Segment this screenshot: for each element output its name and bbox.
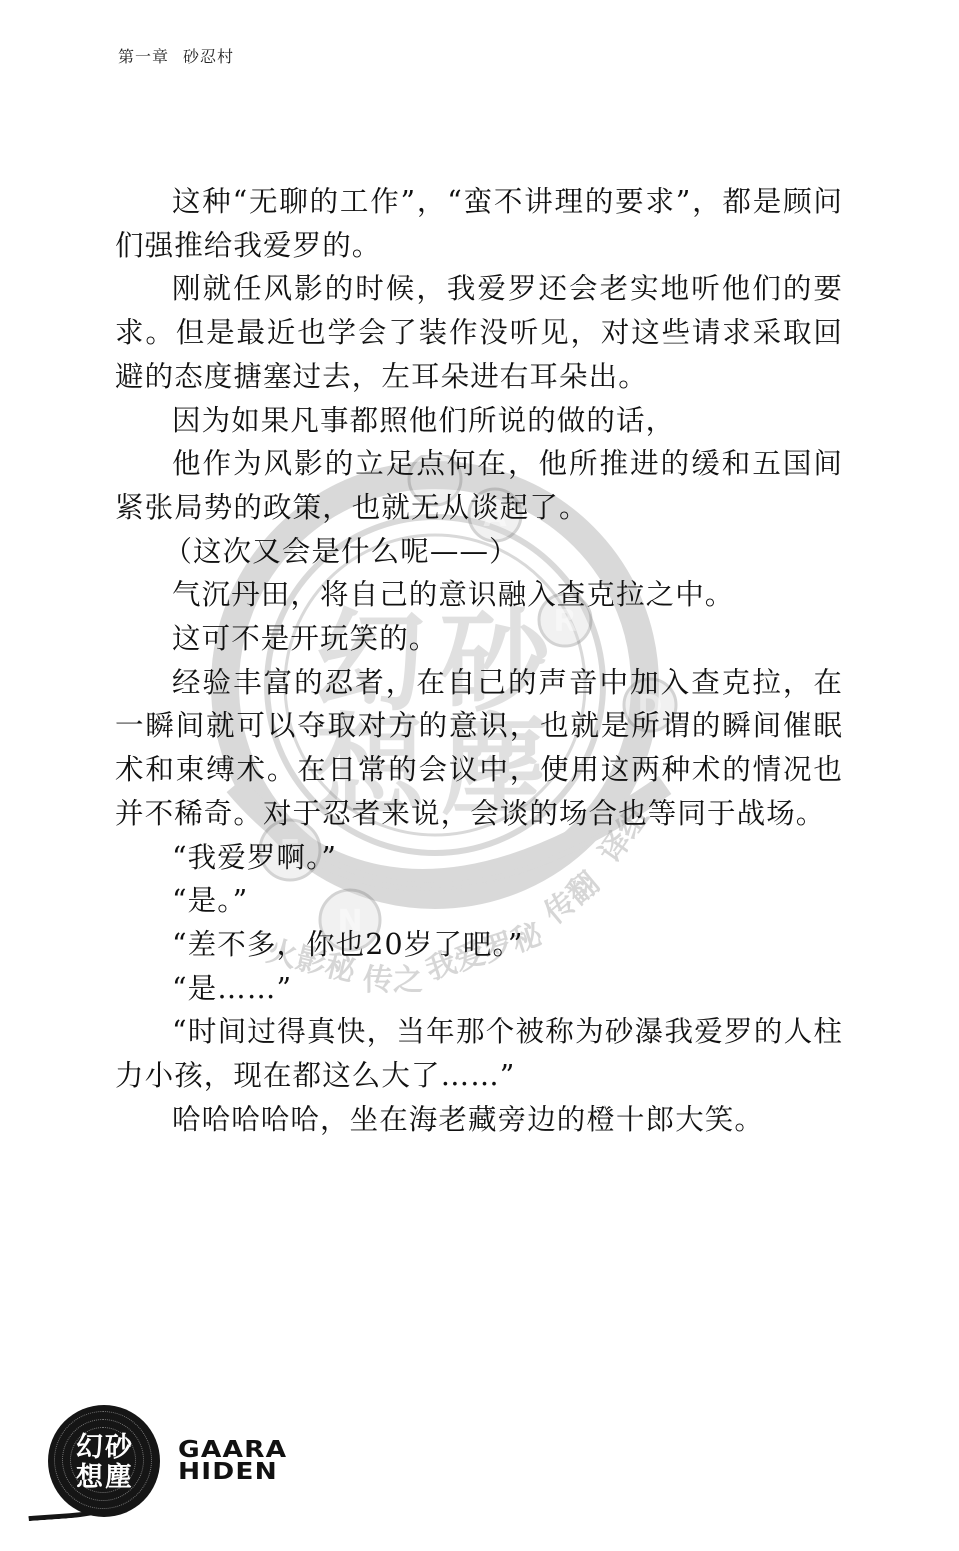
logo-brand-line2: HIDEN <box>178 1461 287 1483</box>
chapter-title: 砂忍村 <box>183 47 234 66</box>
logo-brand-line1: GAARA <box>178 1439 287 1461</box>
chapter-label: 第一章 <box>118 47 169 66</box>
paragraph: 他作为风影的立足点何在，他所推进的缓和五国间紧张局势的政策，也就无从谈起了。 <box>115 442 843 529</box>
dialogue-line: “我爱罗啊。” <box>115 836 843 880</box>
logo-brand-text: GAARA HIDEN <box>178 1439 287 1483</box>
dialogue-line: “时间过得真快，当年那个被称为砂瀑我爱罗的人柱力小孩，现在都这么大了……” <box>115 1010 843 1097</box>
running-header: 第一章砂忍村 <box>118 44 234 67</box>
paragraph: 这种“无聊的工作”，“蛮不讲理的要求”，都是顾问们强推给我爱罗的。 <box>115 180 843 267</box>
paragraph: 气沉丹田，将自己的意识融入查克拉之中。 <box>115 573 843 617</box>
dialogue-line: “是。” <box>115 879 843 923</box>
paragraph: 哈哈哈哈哈，坐在海老藏旁边的橙十郎大笑。 <box>115 1098 843 1142</box>
paragraph: 因为如果凡事都照他们所说的做的话， <box>115 399 843 443</box>
logo-seal: 幻砂想塵 <box>48 1405 160 1517</box>
logo-seal-text: 幻砂想塵 <box>76 1433 140 1493</box>
gaara-hiden-logo: 幻砂想塵 GAARA HIDEN <box>28 1395 288 1525</box>
paragraph-inner-thought: （这次又会是什么呢——） <box>115 530 843 574</box>
paragraph: 经验丰富的忍者，在自己的声音中加入查克拉，在一瞬间就可以夺取对方的意识，也就是所… <box>115 661 843 836</box>
dialogue-line: “是……” <box>115 967 843 1011</box>
paragraph: 刚就任风影的时候，我爱罗还会老实地听他们的要求。但是最近也学会了装作没听见，对这… <box>115 267 843 398</box>
page-body: 这种“无聊的工作”，“蛮不讲理的要求”，都是顾问们强推给我爱罗的。 刚就任风影的… <box>115 180 843 1141</box>
dialogue-line: “差不多，你也20岁了吧。” <box>115 923 843 967</box>
paragraph: 这可不是开玩笑的。 <box>115 617 843 661</box>
